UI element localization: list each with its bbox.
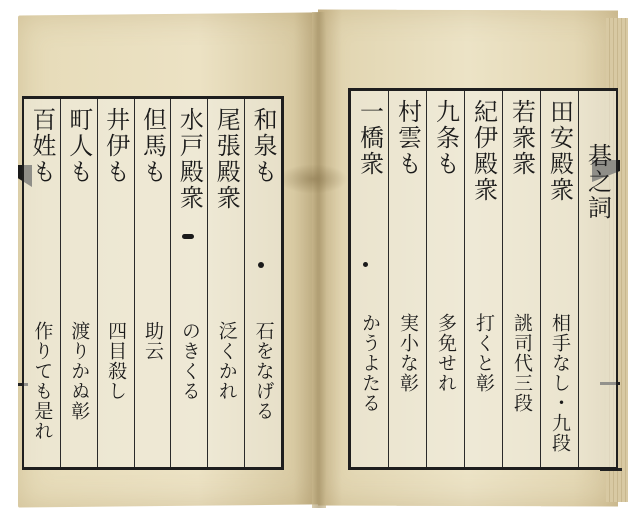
column-heading: 田安殿衆 bbox=[548, 99, 572, 203]
column-text: 多免せれ bbox=[436, 313, 455, 393]
column-heading: 但馬も bbox=[140, 107, 164, 185]
column-text: 泛くかれ bbox=[217, 321, 236, 401]
title-column: 碁之詞 bbox=[578, 91, 616, 467]
text-column: 村雲も 実小な彰 bbox=[388, 91, 426, 467]
column-heading: 九条も bbox=[434, 99, 458, 177]
right-page-text-frame: 碁之詞 田安殿衆 相手なし・九段 若衆衆 誂司代三段 紀伊殿衆 打くと彰 九条も… bbox=[348, 88, 618, 470]
text-column: 井伊も 四目殺し bbox=[97, 99, 134, 467]
text-column: 田安殿衆 相手なし・九段 bbox=[540, 91, 578, 467]
column-heading: 水戸殿衆 bbox=[177, 107, 201, 211]
column-text: 助云 bbox=[143, 321, 162, 361]
text-column: 和泉も 石をなげる bbox=[244, 99, 281, 467]
column-heading: 若衆衆 bbox=[510, 99, 534, 177]
column-text: のきくる bbox=[180, 321, 199, 401]
column-text: 実小な彰 bbox=[398, 313, 417, 393]
text-column: 紀伊殿衆 打くと彰 bbox=[464, 91, 502, 467]
column-text: 打くと彰 bbox=[474, 313, 493, 393]
column-text: 相手なし・九段 bbox=[550, 313, 569, 453]
column-text: 作りても是れ bbox=[32, 321, 51, 441]
ink-spot bbox=[363, 262, 368, 267]
column-text: 誂司代三段 bbox=[512, 313, 531, 413]
text-column: 百姓も 作りても是れ bbox=[24, 99, 60, 467]
ink-spot bbox=[182, 234, 194, 239]
ink-spot bbox=[258, 262, 264, 268]
left-page-text-frame: 和泉も 石をなげる 尾張殿衆 泛くかれ 水戸殿衆 のきくる 但馬も 助云 井伊も… bbox=[22, 96, 284, 470]
text-column: 九条も 多免せれ bbox=[426, 91, 464, 467]
paper-damage bbox=[278, 164, 348, 194]
text-column: 但馬も 助云 bbox=[134, 99, 171, 467]
column-text: 四目殺し bbox=[106, 321, 125, 401]
text-column: 一橋衆 かうよたる bbox=[351, 91, 388, 467]
column-heading: 村雲も bbox=[396, 99, 420, 177]
text-column: 水戸殿衆 のきくる bbox=[170, 99, 207, 467]
column-heading: 一橋衆 bbox=[358, 99, 382, 177]
page-title: 碁之詞 bbox=[586, 143, 610, 221]
column-heading: 町人も bbox=[67, 107, 91, 185]
column-text: 渡りかぬ彰 bbox=[69, 321, 88, 421]
book-gutter bbox=[312, 12, 326, 508]
column-heading: 尾張殿衆 bbox=[214, 107, 238, 211]
column-heading: 紀伊殿衆 bbox=[472, 99, 496, 203]
text-column: 若衆衆 誂司代三段 bbox=[502, 91, 540, 467]
column-heading: 和泉も bbox=[251, 107, 275, 185]
text-column: 町人も 渡りかぬ彰 bbox=[60, 99, 97, 467]
column-text: 石をなげる bbox=[254, 321, 273, 421]
text-column: 尾張殿衆 泛くかれ bbox=[207, 99, 244, 467]
column-text: かうよたる bbox=[360, 313, 379, 413]
column-heading: 井伊も bbox=[104, 107, 128, 185]
column-heading: 百姓も bbox=[30, 107, 54, 185]
